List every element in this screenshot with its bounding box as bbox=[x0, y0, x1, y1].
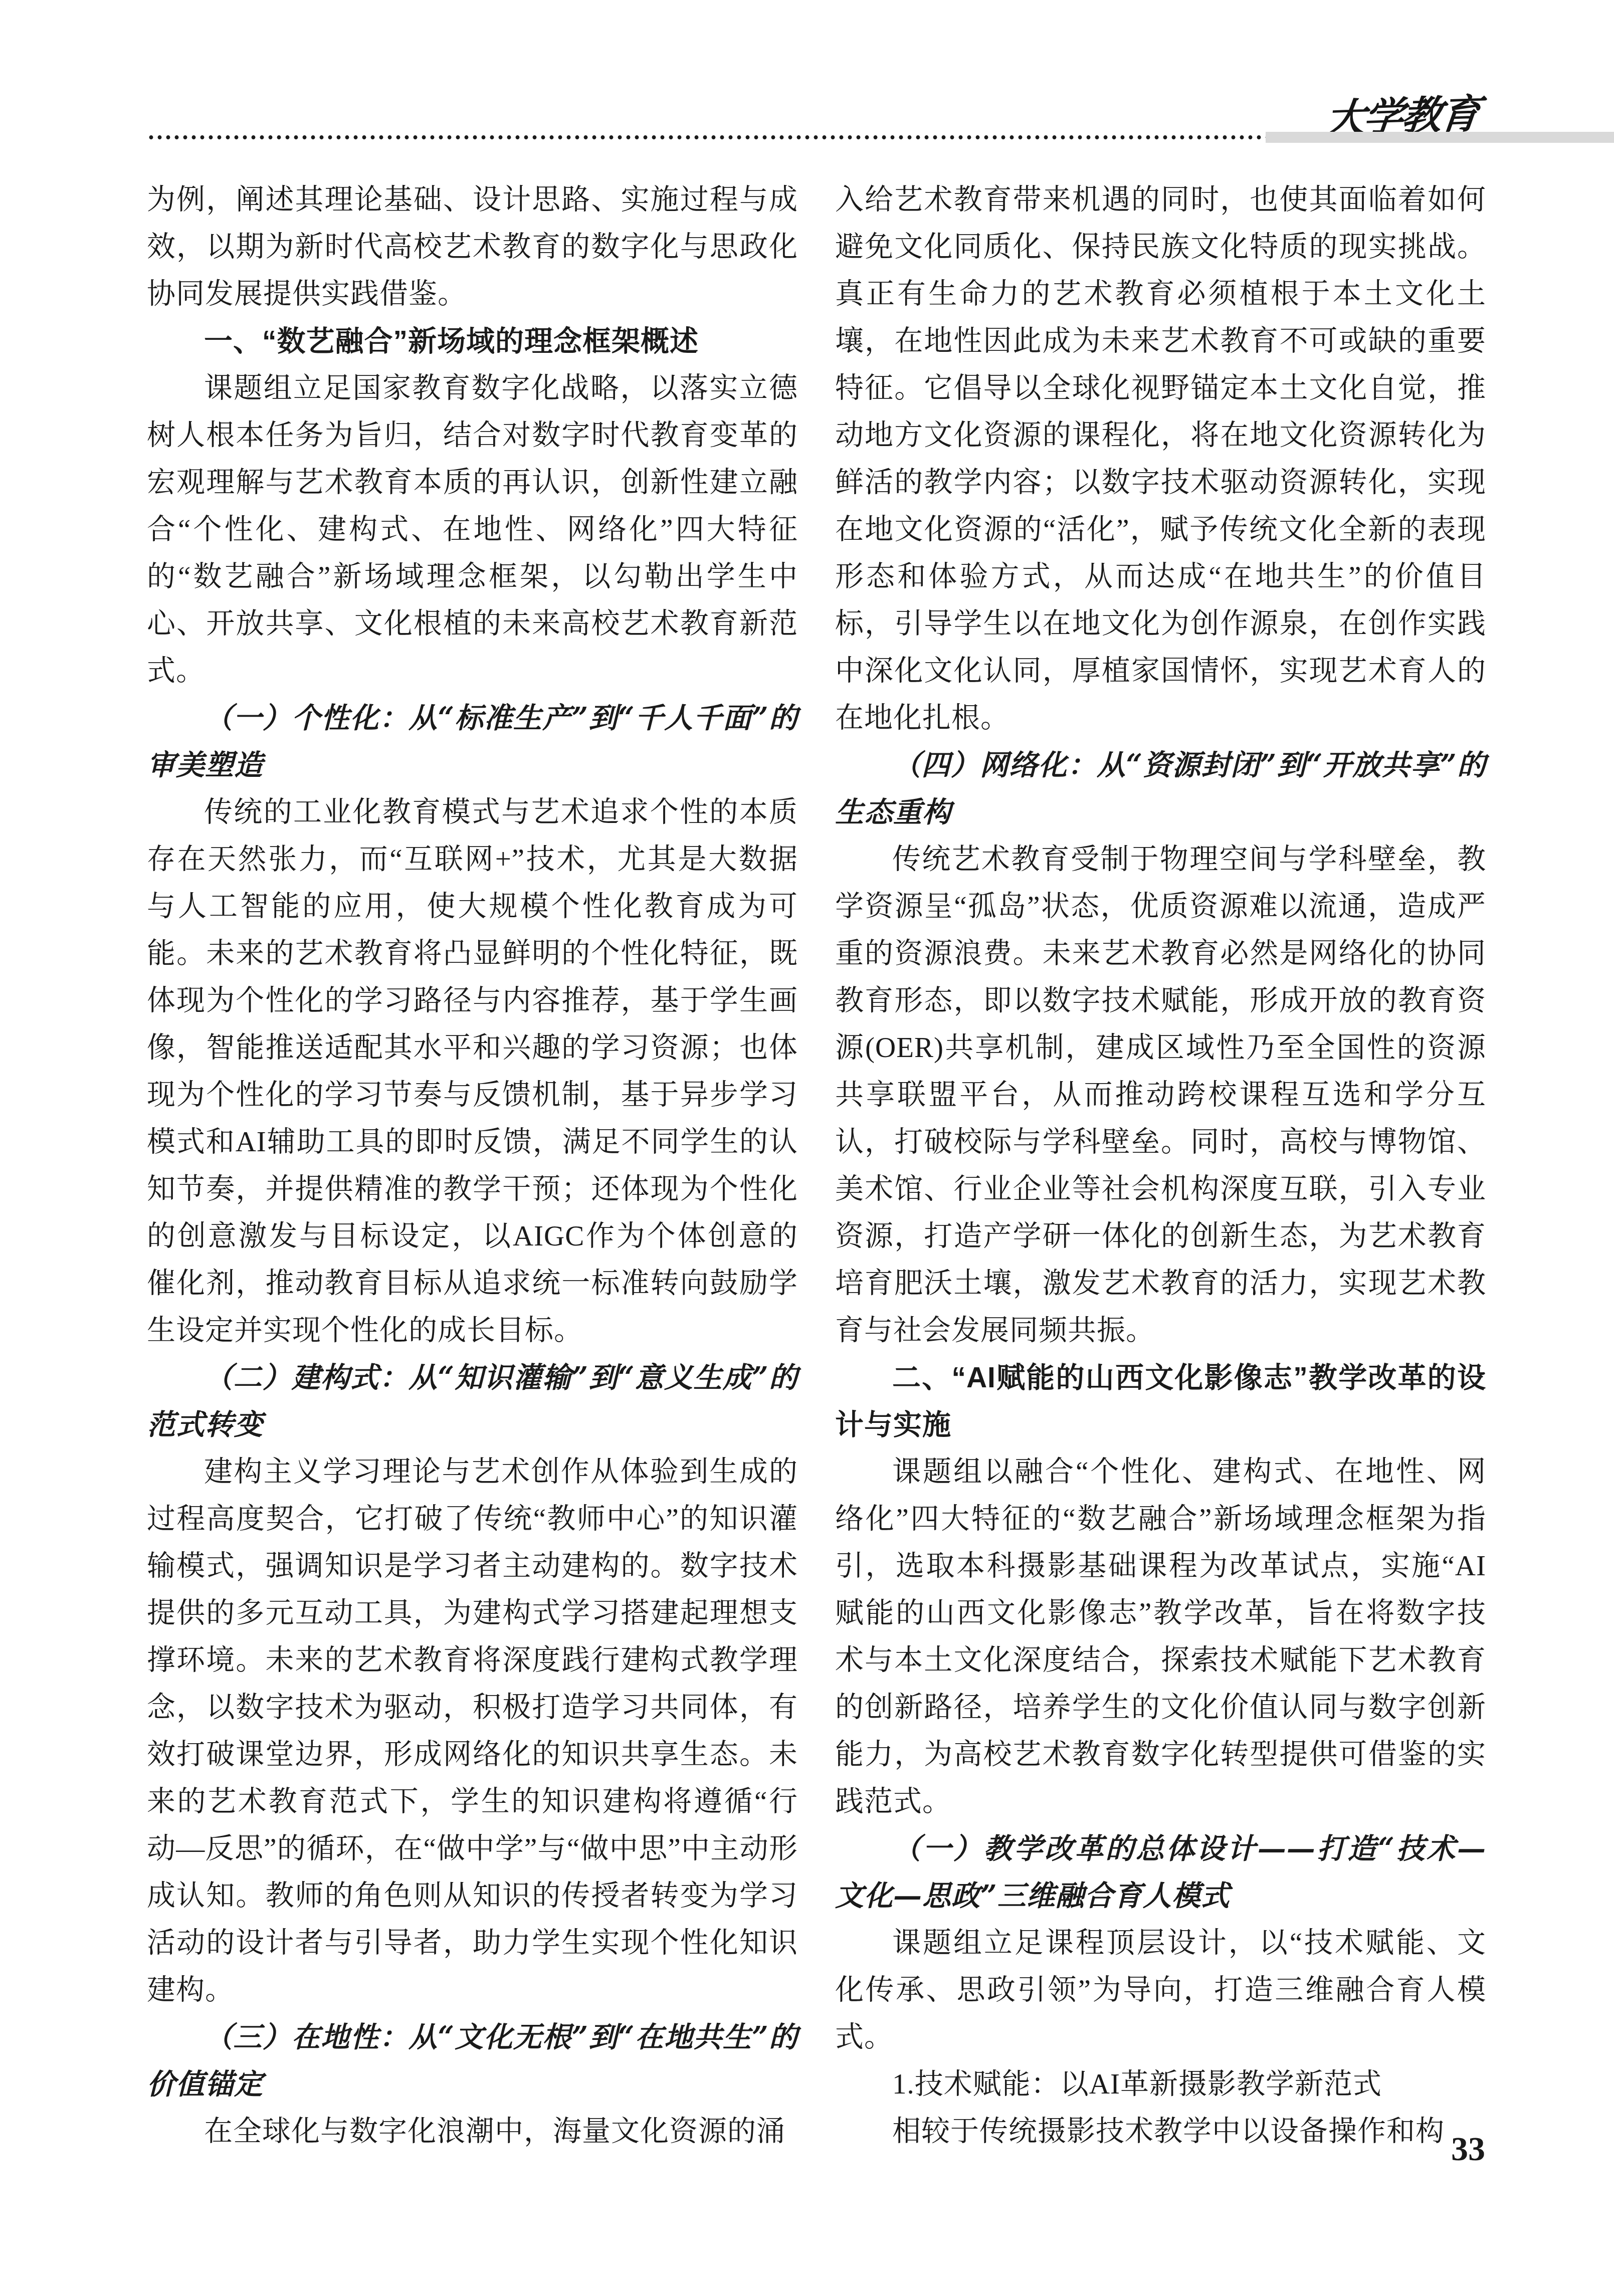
subsection-heading-1-4: （四）网络化：从“资源封闭”到“开放共享”的生态重构 bbox=[835, 742, 1486, 836]
subsection-heading-1-2: （二）建构式：从“知识灌输”到“意义生成”的范式转变 bbox=[147, 1354, 798, 1448]
article-body: 为例，阐述其理论基础、设计思路、实施过程与成效，以期为新时代高校艺术教育的数字化… bbox=[147, 176, 1486, 2155]
paragraph: 课题组立足课程顶层设计，以“技术赋能、文化传承、思政引领”为导向，打造三维融合育… bbox=[835, 1920, 1486, 2061]
paragraph: 建构主义学习理论与艺术创作从体验到生成的过程高度契合，它打破了传统“教师中心”的… bbox=[147, 1448, 798, 2014]
subsection-heading-1-1: （一）个性化：从“标准生产”到“千人千面”的审美塑造 bbox=[147, 695, 798, 789]
paragraph: 课题组以融合“个性化、建构式、在地性、网络化”四大特征的“数艺融合”新场域理念框… bbox=[835, 1448, 1486, 1825]
left-column: 为例，阐述其理论基础、设计思路、实施过程与成效，以期为新时代高校艺术教育的数字化… bbox=[147, 176, 798, 2155]
header-rule bbox=[147, 132, 1614, 143]
subsection-heading-1-3: （三）在地性：从“文化无根”到“在地共生”的价值锚定 bbox=[147, 2014, 798, 2108]
paragraph-continuation: 入给艺术教育带来机遇的同时，也使其面临着如何避免文化同质化、保持民族文化特质的现… bbox=[835, 176, 1486, 742]
section-heading-2: 二、“AI赋能的山西文化影像志”教学改革的设计与实施 bbox=[835, 1354, 1486, 1448]
paragraph: 在全球化与数字化浪潮中，海量文化资源的涌 bbox=[147, 2108, 798, 2155]
gray-bar bbox=[1266, 132, 1614, 143]
page-number: 33 bbox=[1451, 2129, 1485, 2169]
numbered-item-1: 1.技术赋能：以AI革新摄影教学新范式 bbox=[835, 2061, 1486, 2108]
paragraph: 课题组立足国家教育数字化战略，以落实立德树人根本任务为旨归，结合对数字时代教育变… bbox=[147, 365, 798, 695]
journal-page: 大学教育 为例，阐述其理论基础、设计思路、实施过程与成效，以期为新时代高校艺术教… bbox=[0, 0, 1614, 2296]
paragraph: 传统艺术教育受制于物理空间与学科壁垒，教学资源呈“孤岛”状态，优质资源难以流通，… bbox=[835, 836, 1486, 1354]
dotted-line bbox=[147, 132, 1266, 143]
right-column: 入给艺术教育带来机遇的同时，也使其面临着如何避免文化同质化、保持民族文化特质的现… bbox=[835, 176, 1486, 2155]
section-heading-1: 一、“数艺融合”新场域的理念框架概述 bbox=[147, 318, 798, 365]
paragraph-continuation: 为例，阐述其理论基础、设计思路、实施过程与成效，以期为新时代高校艺术教育的数字化… bbox=[147, 176, 798, 318]
subsection-heading-2-1: （一）教学改革的总体设计——打造“技术—文化—思政”三维融合育人模式 bbox=[835, 1825, 1486, 1920]
paragraph: 相较于传统摄影技术教学中以设备操作和构 bbox=[835, 2108, 1486, 2155]
paragraph: 传统的工业化教育模式与艺术追求个性的本质存在天然张力，而“互联网+”技术，尤其是… bbox=[147, 789, 798, 1354]
